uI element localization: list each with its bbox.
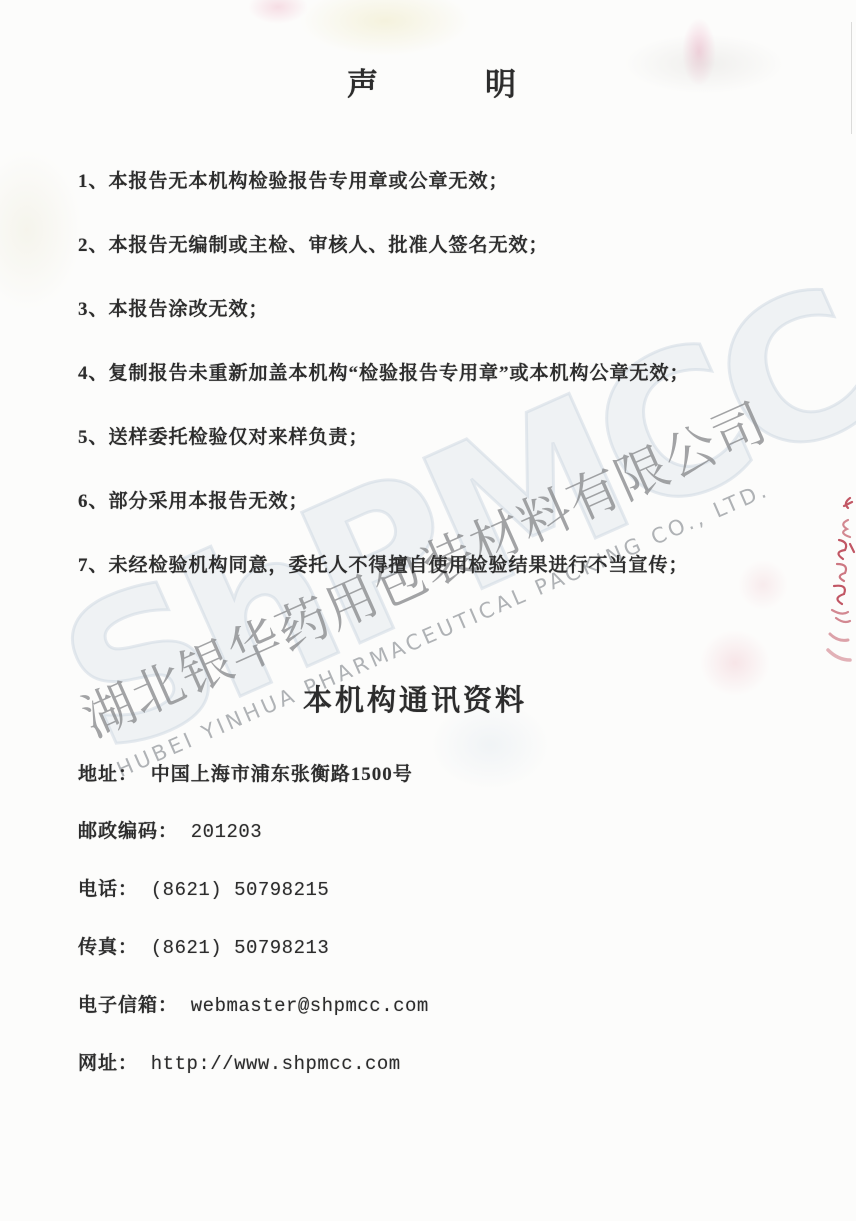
statement-title: 声明 (78, 64, 796, 106)
statement-item-1: 1、本报告无本机构检验报告专用章或公章无效； (78, 168, 796, 195)
contact-section-heading: 本机构通讯资料 (56, 681, 774, 721)
statement-item-5: 5、送样委托检验仅对来样负责； (78, 424, 796, 451)
contact-row-website: 网址： http://www.shpmcc.com (78, 1050, 796, 1078)
contact-value: 201203 (191, 821, 262, 843)
contact-value: http://www.shpmcc.com (151, 1053, 401, 1075)
contact-row-phone: 电话： (8621) 50798215 (78, 876, 796, 904)
document-content: 声明 1、本报告无本机构检验报告专用章或公章无效； 2、本报告无编制或主检、审核… (0, 0, 856, 1221)
statement-list: 1、本报告无本机构检验报告专用章或公章无效； 2、本报告无编制或主检、审核人、批… (78, 168, 796, 579)
contact-label: 网址： (78, 1053, 138, 1074)
contact-label: 地址： (78, 764, 138, 785)
statement-item-3: 3、本报告涂改无效； (78, 296, 796, 323)
contact-value: (8621) 50798215 (151, 879, 330, 901)
contact-row-email: 电子信箱： webmaster@shpmcc.com (78, 992, 796, 1020)
scanned-document-page: ShPMCC HUBEI YINHUA PHARMACEUTICAL PACKI… (0, 0, 856, 1221)
contact-value: 中国上海市浦东张衡路1500号 (151, 764, 413, 785)
statement-item-6: 6、部分采用本报告无效； (78, 488, 796, 515)
contact-value: (8621) 50798213 (151, 937, 330, 959)
contact-value: webmaster@shpmcc.com (191, 995, 429, 1017)
statement-item-7: 7、未经检验机构同意，委托人不得擅自使用检验结果进行不当宣传； (78, 552, 796, 579)
statement-item-2: 2、本报告无编制或主检、审核人、批准人签名无效； (78, 232, 796, 259)
contact-row-address: 地址： 中国上海市浦东张衡路1500号 (78, 761, 796, 788)
contact-row-postcode: 邮政编码： 201203 (78, 818, 796, 846)
contact-list: 地址： 中国上海市浦东张衡路1500号 邮政编码： 201203 电话： (86… (78, 761, 796, 1078)
contact-label: 电子信箱： (78, 995, 178, 1016)
contact-label: 邮政编码： (78, 821, 178, 842)
statement-item-4: 4、复制报告未重新加盖本机构“检验报告专用章”或本机构公章无效； (78, 360, 796, 387)
contact-label: 电话： (78, 879, 138, 900)
contact-label: 传真： (78, 937, 138, 958)
contact-row-fax: 传真： (8621) 50798213 (78, 934, 796, 962)
